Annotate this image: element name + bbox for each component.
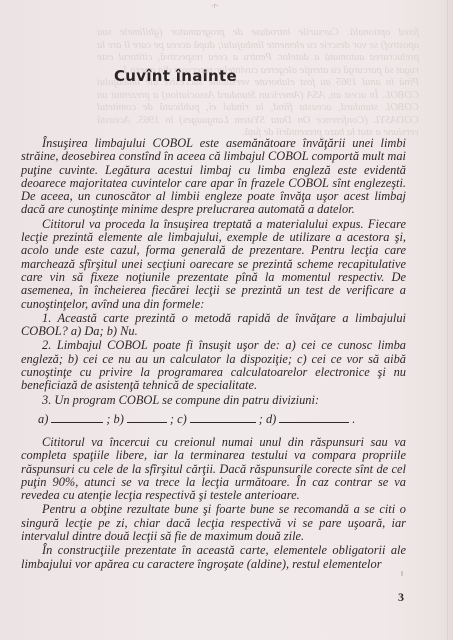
top-mark: -r- xyxy=(211,2,218,10)
paper-speck xyxy=(401,571,403,576)
blank-label-b: ; b) xyxy=(106,412,124,426)
page-title: Cuvînt înainte xyxy=(114,67,237,85)
paragraph: În construcţiile prezentate în această c… xyxy=(21,544,406,571)
blank-a xyxy=(51,414,103,423)
blank-b xyxy=(127,414,167,423)
question-2: 2. Limbajul COBOL poate fi însuşit uşor … xyxy=(21,339,406,392)
paragraph: Cititorul va încercui cu creionul numai … xyxy=(21,436,406,502)
book-page: -r- fixed optională. Cursurile introduse… xyxy=(0,0,453,640)
page-number: 3 xyxy=(398,590,404,605)
blank-label-c: ; c) xyxy=(170,412,187,426)
blank-c xyxy=(190,414,256,423)
bleed-line: Pînă în anul 1965 au fost elaborate vers… xyxy=(97,77,419,140)
question-3: 3. Un program COBOL se compune din patru… xyxy=(21,394,406,407)
page-edge xyxy=(447,0,448,640)
paragraph: Însuşirea limbajului COBOL este asemănăt… xyxy=(21,137,406,217)
paragraph: Cititorul va proceda la însuşirea trepta… xyxy=(21,218,406,311)
question-1: 1. Această carte prezintă o metodă rapid… xyxy=(21,312,406,339)
blank-end: . xyxy=(352,412,355,426)
blank-label-a: a) xyxy=(38,412,48,426)
blank-d xyxy=(279,414,349,423)
paragraph: Pentru a obţine rezultate bune şi foarte… xyxy=(21,503,406,543)
fill-in-blanks: a); b); c); d). xyxy=(38,412,408,427)
body-text-intro: Însuşirea limbajului COBOL este asemănăt… xyxy=(21,137,406,407)
body-text-instructions: Cititorul va încercui cu creionul numai … xyxy=(21,436,406,571)
blank-label-d: ; d) xyxy=(259,412,277,426)
